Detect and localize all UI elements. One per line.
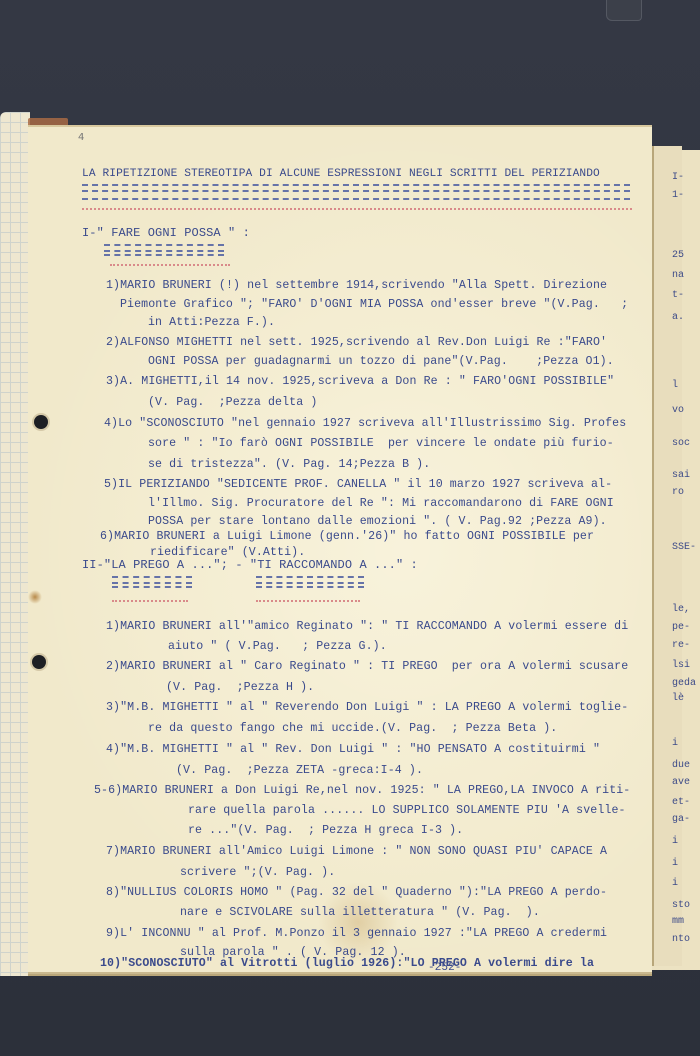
item-line: OGNI POSSA per guadagnarmi un tozzo di p… xyxy=(148,355,614,368)
item-line: 2)MARIO BRUNERI al " Caro Reginato " : T… xyxy=(106,660,628,673)
item-line: 2)ALFONSO MIGHETTI nel sett. 1925,scrive… xyxy=(106,336,607,349)
heading-double-underline xyxy=(112,582,192,588)
item-line: 3)"M.B. MIGHETTI " al " Reverendo Don Lu… xyxy=(106,701,628,714)
item-line: 10)"SCONOSCIUTO" al Vitrotti (luglio 192… xyxy=(100,957,594,970)
page-number: -252- xyxy=(428,962,462,974)
item-line: 1)MARIO BRUNERI all'"amico Reginato ": "… xyxy=(106,620,628,633)
red-dotted-rule xyxy=(82,208,632,210)
red-dotted-rule xyxy=(112,600,188,602)
heading-underline xyxy=(256,576,364,578)
heading-double-underline xyxy=(256,582,364,588)
item-line: Piemonte Grafico "; "FARO' D'OGNI MIA PO… xyxy=(120,298,628,311)
item-line: sore " : "Io farò OGNI POSSIBILE per vin… xyxy=(148,437,614,450)
heading-double-underline xyxy=(104,250,224,256)
title-double-underline xyxy=(82,190,630,200)
item-line: 3)A. MIGHETTI,il 14 nov. 1925,scriveva a… xyxy=(106,375,614,388)
item-line: re da questo fango che mi uccide.(V. Pag… xyxy=(148,722,557,735)
item-line: 5)IL PERIZIANDO "SEDICENTE PROF. CANELLA… xyxy=(104,478,612,491)
heading-underline xyxy=(104,244,224,246)
item-line: l'Illmo. Sig. Procuratore del Re ": Mi r… xyxy=(148,497,614,510)
item-line: (V. Pag. ;Pezza delta ) xyxy=(148,396,317,409)
item-line: 9)L' INCONNU " al Prof. M.Ponzo il 3 gen… xyxy=(106,927,607,940)
item-line: (V. Pag. ;Pezza H ). xyxy=(166,681,314,694)
item-line: scrivere ";(V. Pag. ). xyxy=(180,866,335,879)
item-line: 4)Lo "SCONOSCIUTO "nel gennaio 1927 scri… xyxy=(104,417,626,430)
item-line: 1)MARIO BRUNERI (!) nel settembre 1914,s… xyxy=(106,279,607,292)
item-line: re ..."(V. Pag. ; Pezza H greca I-3 ). xyxy=(188,824,463,837)
item-line: nare e SCIVOLARE sulla illetteratura " (… xyxy=(180,906,540,919)
pencil-mark: 4 xyxy=(78,132,84,143)
document-title: LA RIPETIZIONE STEREOTIPA DI ALCUNE ESPR… xyxy=(82,168,600,180)
section-heading-1: I-" FARE OGNI POSSA " : xyxy=(82,226,250,240)
item-line: 7)MARIO BRUNERI all'Amico Luigi Limone :… xyxy=(106,845,607,858)
item-line: se di tristezza". (V. Pag. 14;Pezza B ). xyxy=(148,458,430,471)
title-underline xyxy=(82,184,630,186)
item-line: rare quella parola ...... LO SUPPLICO SO… xyxy=(188,804,626,817)
section-heading-2: II-"LA PREGO A ..."; - "TI RACCOMANDO A … xyxy=(82,558,418,572)
item-line: 4)"M.B. MIGHETTI " al " Rev. Don Luigi "… xyxy=(106,743,600,756)
item-line: in Atti:Pezza F.). xyxy=(148,316,275,329)
item-line: 5-6)MARIO BRUNERI a Don Luigi Re,nel nov… xyxy=(94,784,630,797)
item-line: 8)"NULLIUS COLORIS HOMO " (Pag. 32 del "… xyxy=(106,886,607,899)
item-line: aiuto " ( V.Pag. ; Pezza G.). xyxy=(168,640,387,653)
item-line: (V. Pag. ;Pezza ZETA -greca:I-4 ). xyxy=(176,764,423,777)
heading-underline xyxy=(112,576,192,578)
item-line: 6)MARIO BRUNERI a Luigi Limone (genn.'26… xyxy=(100,530,594,543)
red-dotted-rule xyxy=(110,264,230,266)
item-line: POSSA per stare lontano dalle emozioni "… xyxy=(148,515,607,528)
typed-document: 4 LA RIPETIZIONE STEREOTIPA DI ALCUNE ES… xyxy=(0,0,700,1056)
red-dotted-rule xyxy=(256,600,360,602)
